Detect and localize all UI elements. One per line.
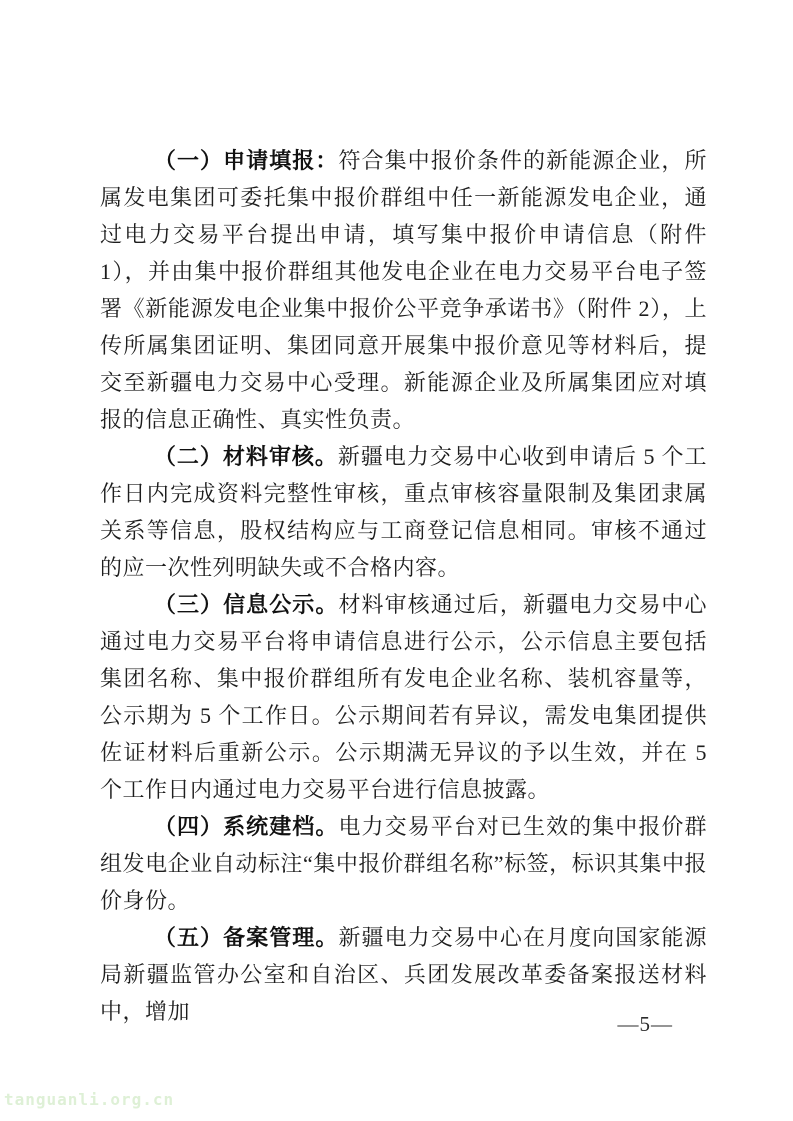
paragraph-heading: （一）申请填报： [154,148,339,173]
paragraph-heading: （三）信息公示。 [154,592,339,617]
document-body: （一）申请填报：符合集中报价条件的新能源企业，所属发电集团可委托集中报价群组中任… [100,142,707,1030]
paragraph-system-archiving: （四）系统建档。电力交易平台对已生效的集中报价群组发电企业自动标注“集中报价群组… [100,808,707,919]
paragraph-text: 符合集中报价条件的新能源企业，所属发电集团可委托集中报价群组中任一新能源发电企业… [100,148,707,432]
paragraph-information-publicity: （三）信息公示。材料审核通过后，新疆电力交易中心通过电力交易平台将申请信息进行公… [100,586,707,808]
paragraph-material-review: （二）材料审核。新疆电力交易中心收到申请后 5 个工作日内完成资料完整性审核，重… [100,438,707,586]
paragraph-heading: （二）材料审核。 [154,444,338,469]
paragraph-heading: （五）备案管理。 [154,925,339,950]
paragraph-text: 材料审核通过后，新疆电力交易中心通过电力交易平台将申请信息进行公示，公示信息主要… [100,592,707,802]
scanned-document-page: （一）申请填报：符合集中报价条件的新能源企业，所属发电集团可委托集中报价群组中任… [0,0,793,1121]
paragraph-heading: （四）系统建档。 [154,814,339,839]
watermark-site-url: tanguanli.org.cn [4,1090,174,1109]
paragraph-record-management: （五）备案管理。新疆电力交易中心在月度向国家能源局新疆监管办公室和自治区、兵团发… [100,919,707,1030]
paragraph-application-filing: （一）申请填报：符合集中报价条件的新能源企业，所属发电集团可委托集中报价群组中任… [100,142,707,438]
page-number: —5— [618,1012,674,1037]
